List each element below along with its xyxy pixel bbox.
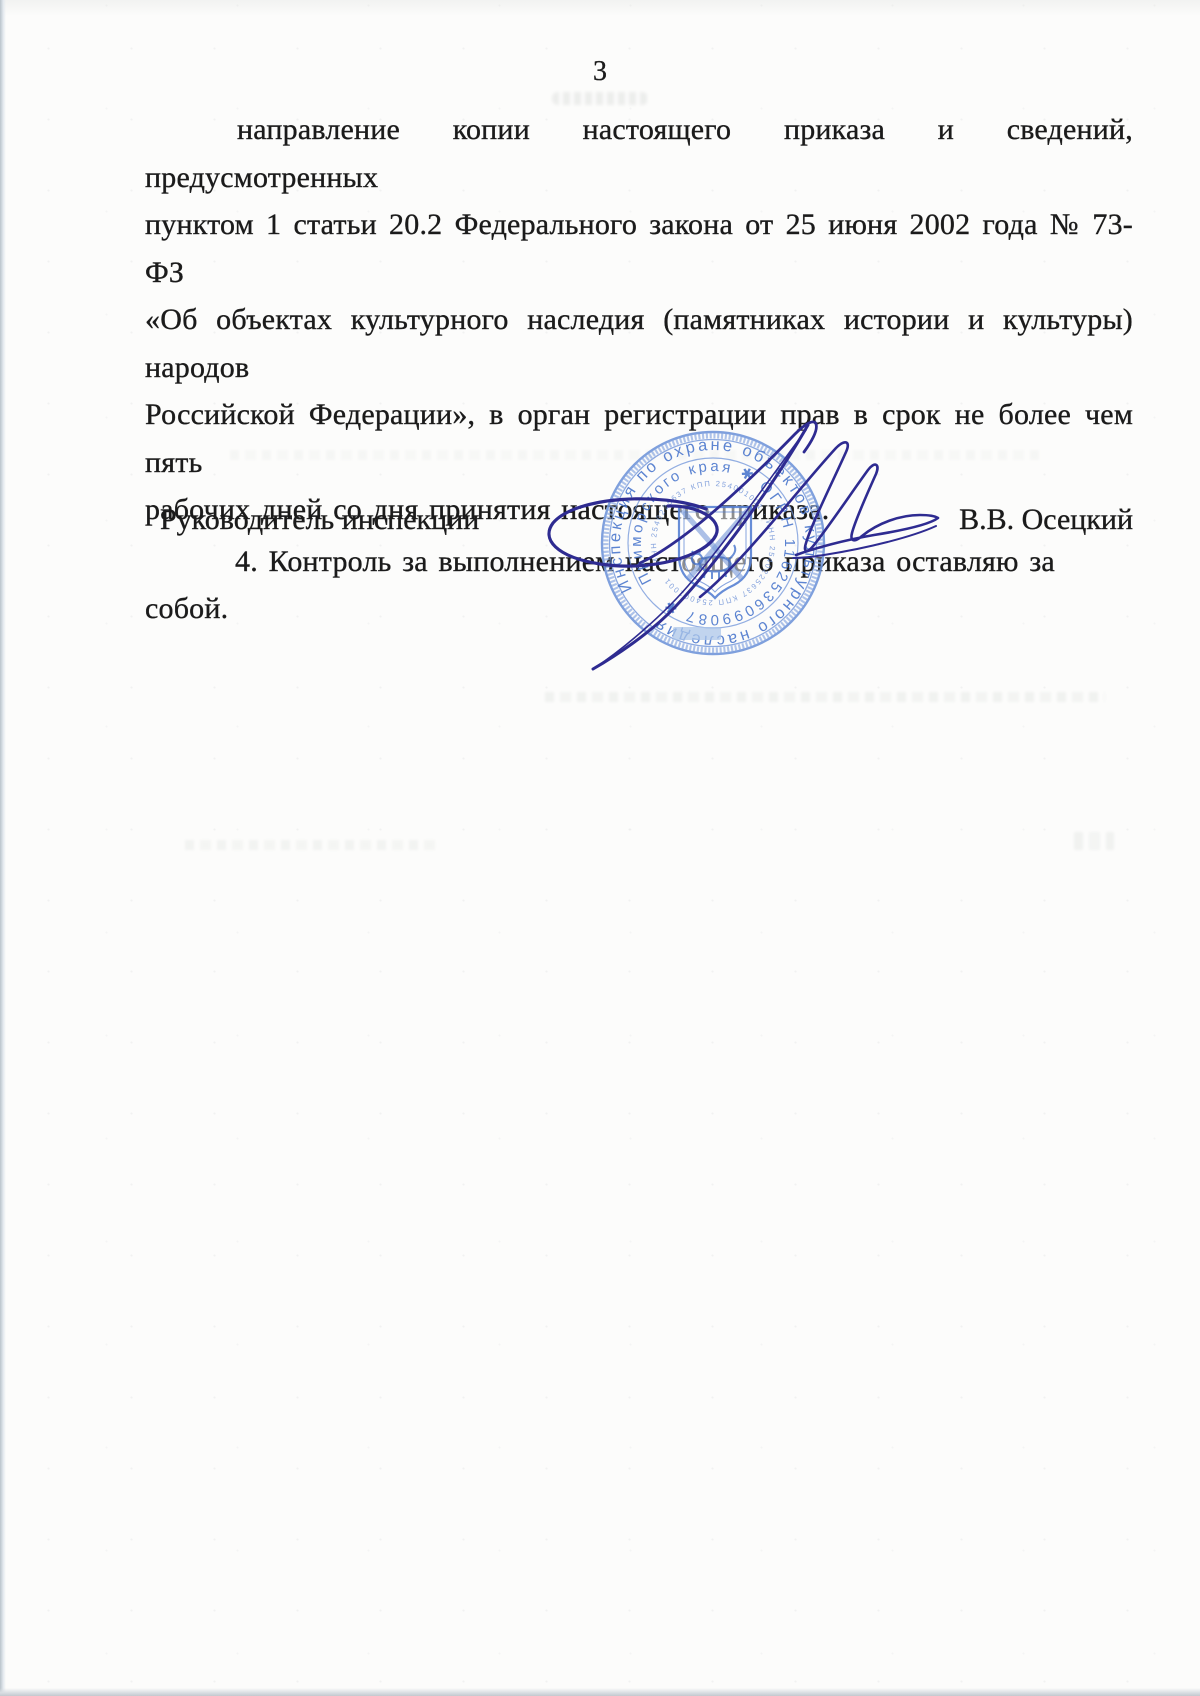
signer-name: В.В. Осецкий xyxy=(959,502,1133,538)
scan-edge-left xyxy=(0,0,6,1696)
signer-title: Руководитель инспекции xyxy=(160,502,479,538)
paragraph-line: пунктом 1 статьи 20.2 Федерального закон… xyxy=(145,201,1133,296)
page-number: 3 xyxy=(0,56,1200,88)
paragraph-line: направление копии настоящего приказа и с… xyxy=(145,106,1133,201)
body-text: направление копии настоящего приказа и с… xyxy=(145,106,1133,633)
bleedthrough-ghost-line xyxy=(1074,832,1114,850)
document-page: 3 направление копии настоящего приказа и… xyxy=(0,0,1200,1696)
bleedthrough-ghost-line xyxy=(230,450,1040,460)
bleedthrough-ghost-line xyxy=(545,692,1105,702)
bleedthrough-ghost-line xyxy=(185,840,441,850)
paragraph-line: «Об объектах культурного наследия (памят… xyxy=(145,296,1133,391)
paragraph-line-point4: 4. Контроль за выполнением настоящего пр… xyxy=(145,538,1133,633)
scan-smudge xyxy=(552,92,648,105)
scan-edge-bottom xyxy=(0,1688,1200,1696)
signature-block: Руководитель инспекции В.В. Осецкий xyxy=(160,502,1133,538)
scan-edge-top xyxy=(0,0,1200,16)
paragraph-line: Российской Федерации», в орган регистрац… xyxy=(145,391,1133,486)
